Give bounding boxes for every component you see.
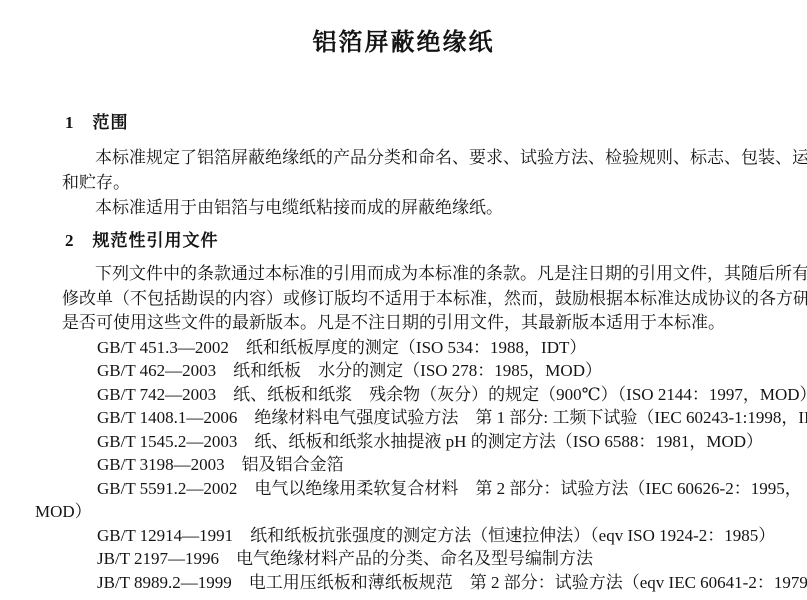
text-line: GB/T 451.3—2002 纸和纸板厚度的测定（ISO 534：1988，I… (0, 336, 807, 360)
text-line: 本标准规定了铝箔屏蔽绝缘纸的产品分类和命名、要求、试验方法、检验规则、标志、包装… (0, 145, 807, 170)
document-body: 1 范围本标准规定了铝箔屏蔽绝缘纸的产品分类和命名、要求、试验方法、检验规则、标… (0, 110, 807, 594)
text-line: JB/T 8989.2—1999 电工用压纸板和薄纸板规范 第 2 部分：试验方… (0, 571, 807, 595)
text-line: GB/T 5591.2—2002 电气以绝缘用柔软复合材料 第 2 部分：试验方… (0, 477, 807, 501)
text-line: 是否可使用这些文件的最新版本。凡是不注日期的引用文件，其最新版本适用于本标准。 (0, 311, 807, 336)
text-line: 和贮存。 (0, 170, 807, 195)
text-line: MOD） (0, 500, 807, 524)
text-line: 1 范围 (0, 110, 807, 135)
text-line: GB/T 1545.2—2003 纸、纸板和纸浆水抽提液 pH 的测定方法（IS… (0, 430, 807, 454)
text-line: 修改单（不包括勘误的内容）或修订版均不适用于本标准，然而，鼓励根据本标准达成协议… (0, 287, 807, 312)
text-line: GB/T 1408.1—2006 绝缘材料电气强度试验方法 第 1 部分: 工频… (0, 406, 807, 430)
document-page: 铝箔屏蔽绝缘纸 1 范围本标准规定了铝箔屏蔽绝缘纸的产品分类和命名、要求、试验方… (0, 0, 807, 600)
text-line: 本标准适用于由铝箔与电缆纸粘接而成的屏蔽绝缘纸。 (0, 195, 807, 220)
text-line: GB/T 3198—2003 铝及铝合金箔 (0, 453, 807, 477)
text-line: GB/T 12914—1991 纸和纸板抗张强度的测定方法（恒速拉伸法）（eqv… (0, 524, 807, 548)
text-line: 2 规范性引用文件 (0, 228, 807, 253)
document-title: 铝箔屏蔽绝缘纸 (0, 28, 807, 58)
text-line: 下列文件中的条款通过本标准的引用而成为本标准的条款。凡是注日期的引用文件，其随后… (0, 262, 807, 287)
text-line: GB/T 742—2003 纸、纸板和纸浆 残余物（灰分）的规定（900℃）（I… (0, 383, 807, 407)
text-line: GB/T 462—2003 纸和纸板 水分的测定（ISO 278：1985，MO… (0, 359, 807, 383)
text-line: JB/T 2197—1996 电气绝缘材料产品的分类、命名及型号编制方法 (0, 547, 807, 571)
